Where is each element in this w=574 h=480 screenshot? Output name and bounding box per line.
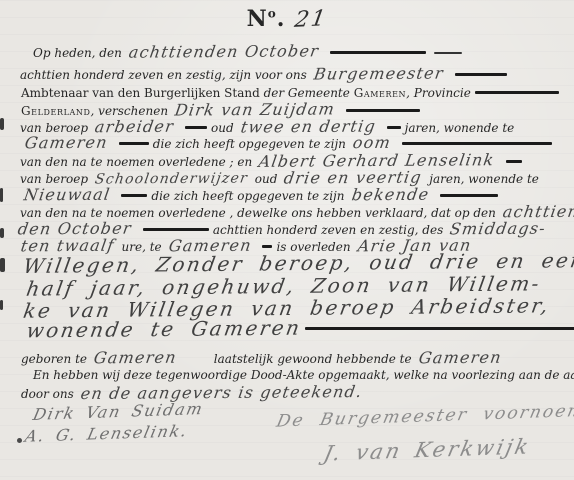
hw-declarant2-age: drie en veertig [283,170,423,186]
hw-declarant1-age: twee en dertig [239,119,376,135]
ink-dot [17,438,22,443]
binding-mark [0,188,3,202]
signature-burgemeester-title: De Burgemeester voornoemd [278,406,574,426]
printed-closing: En hebben wij deze tegenwoordige Dood-Ak… [33,368,574,382]
death-certificate-scan: No.21 Op heden, denachttienden October a… [0,0,574,480]
hw-birthplace: Gameren [93,350,178,366]
municipality-name: Gameren [354,86,406,100]
printed-year: achttien honderd zeven en zestig, zijn v… [20,68,307,82]
printed-province-label: , Provincie [406,86,471,100]
record-number: No.21 [0,6,574,32]
binding-mark [0,228,4,238]
hw-death-daypart: Smiddags- [449,221,547,237]
filler-rule [346,109,420,112]
hw-act-date: achttienden October [128,43,320,59]
hw-death-month: den October [17,221,133,237]
filler-rule [330,51,426,54]
hw-declarant1-residence: Gameren [24,135,109,151]
printed-relation-label: die zich heeft opgegeven te zijn [153,137,346,151]
line-year-official: achttien honderd zeven en zestig, zijn v… [20,66,511,83]
filler-rule [402,142,552,145]
filler-rule [475,91,559,94]
binding-mark [0,258,5,272]
hw-signed-clause: en de aangevers is geteekend. [80,384,364,401]
line-birth-residence: geboren teGamerenlaatstelijk gewoond heb… [21,350,508,367]
hw-death-hour: ten twaalf [20,238,116,254]
filler-rule [506,160,522,163]
filler-rule [387,126,401,129]
hw-declarant2-occupation: Schoolonderwijzer [94,171,249,187]
printed-gemeente-label: der Gemeente [264,86,350,100]
binding-mark [0,300,3,310]
hw-declarant1-name: Dirk van Zuijdam [174,101,336,117]
filler-rule [143,228,209,231]
hw-declarant2-name: Albert Gerhard Lenselink [258,152,496,169]
printed-age-label: oud [255,172,278,186]
printed-residence-label: jaren, wonende te [429,172,539,186]
printed-overledene-en: van den na te noemen overledene ; en [20,155,252,169]
line-script-4: wonende te Gameren [27,322,574,340]
line-declarant2-intro: van den na te noemen overledene ; enAlbe… [20,153,526,170]
line-closing-printed: En hebben wij deze tegenwoordige Dood-Ak… [33,368,574,383]
signature-declarant1: Dirk Van Suidam [34,402,203,421]
line-declarant2-residence: Nieuwaaldie zich heeft opgegeven te zijn… [24,187,502,204]
filler-rule [119,142,149,145]
hw-mother-residence: wonende te Gameren [26,321,303,339]
hw-last-residence: Gameren [417,350,502,366]
hw-official-title: Burgemeester [313,66,445,82]
hw-declarant2-relation: bekende [350,187,430,203]
printed-laatstelijk: laatstelijk gewoond hebbende te [214,352,412,366]
filler-rule [262,245,272,248]
filler-rule [455,73,507,76]
binding-mark [0,118,4,130]
province-name: Gelderland [21,104,91,118]
printed-registrar: Ambtenaar van den Burgerlijken Stand [21,86,260,100]
filler-rule [185,126,207,129]
printed-door-ons: door ons [21,387,74,401]
printed-date-prefix: Op heden, den [33,46,122,60]
filler-rule [121,194,147,197]
hw-deceased-name-part2: Willegen, Zonder beroep, oud drie en een [22,253,574,274]
hw-death-day: achttien- [502,204,574,220]
printed-geboren-te: geboren te [21,352,87,366]
record-number-label: No. [247,6,286,32]
printed-age-label: oud [211,121,234,135]
printed-relation-label: die zich heeft opgegeven te zijn [151,189,344,203]
line-opening: Op heden, denachttienden October [33,44,466,61]
hw-declarant1-relation: oom [352,135,392,150]
filler-rule [440,194,498,197]
hw-declarant2-residence: Nieuwaal [23,187,112,203]
filler-rule [434,52,462,54]
signature-declarant2: A. G. Lenselink. [26,424,187,443]
filler-rule [305,327,574,330]
printed-residence-label: jaren, wonende te [405,121,515,135]
printed-occupation-label: van beroep [20,172,88,186]
signature-burgemeester-name: J. van Kerkwijk [325,438,529,462]
record-number-value: 21 [293,6,329,33]
